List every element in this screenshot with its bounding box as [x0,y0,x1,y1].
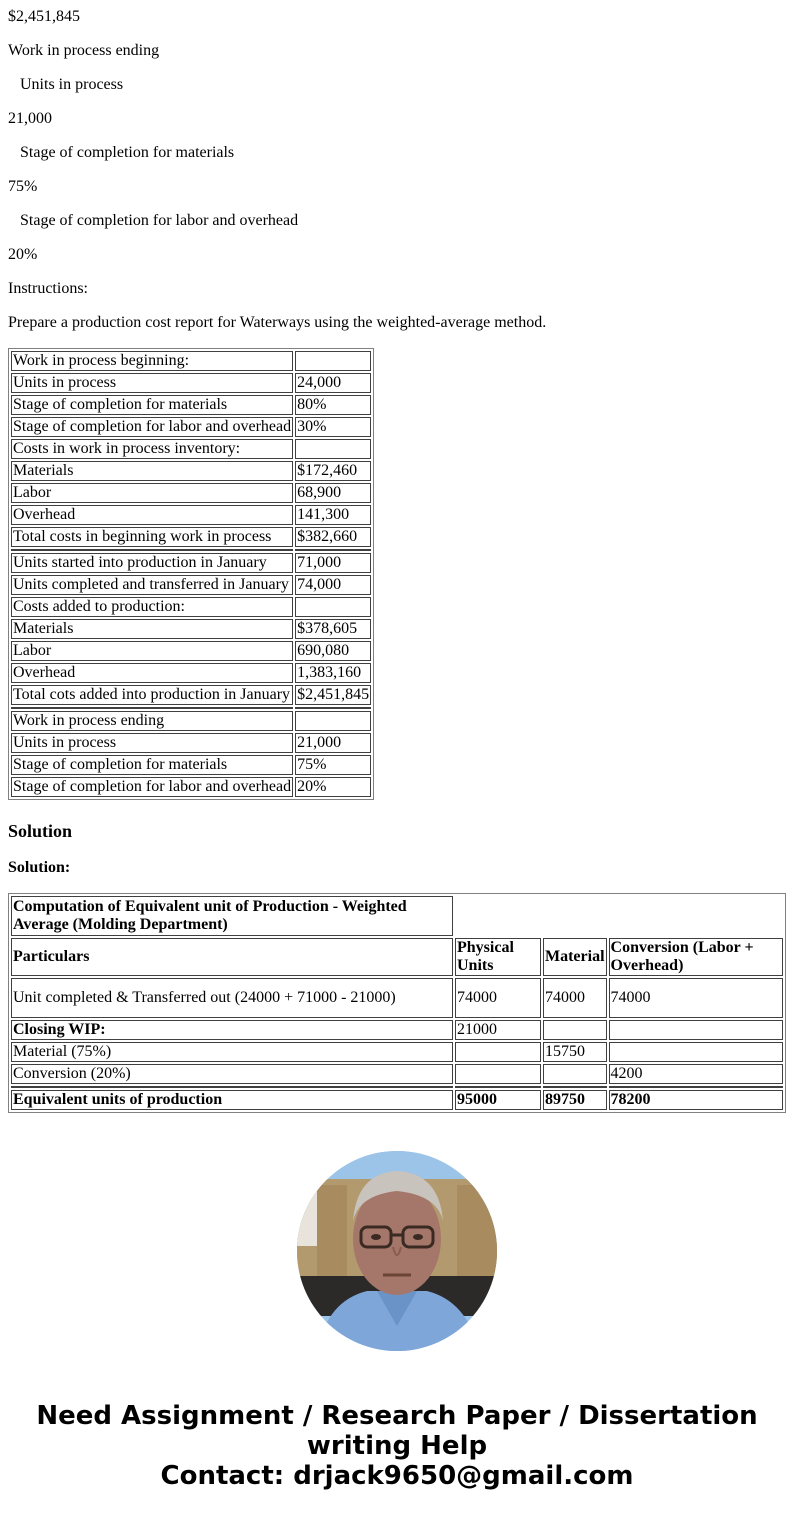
row-label: Stage of completion for labor and overhe… [11,417,293,437]
row-value: 21000 [455,1020,541,1040]
row-label: Units completed and transferred in Janua… [11,575,293,595]
row-value: 68,900 [295,483,371,503]
footer-contact-email: Contact: drjack9650@gmail.com [28,1461,766,1491]
row-value [543,1064,607,1084]
row-value: 21,000 [295,733,371,753]
row-value: 15750 [543,1042,607,1062]
table-row: Units in process24,000 [11,373,371,393]
row-value: 71,000 [295,553,371,573]
question-line: 75% [8,178,786,196]
row-separator [11,1086,783,1088]
avatar [297,1151,497,1351]
row-value: $2,451,845 [295,685,371,705]
question-line: Units in process [8,76,786,94]
row-label: Total cots added into production in Janu… [11,685,293,705]
row-label: Labor [11,483,293,503]
row-value [543,1020,607,1040]
header-material: Material [543,938,607,976]
row-value: 74000 [543,978,607,1018]
table-row: Stage of completion for materials80% [11,395,371,415]
solution-subheading: Solution: [8,858,786,878]
row-label: Stage of completion for materials [11,755,293,775]
solution-table-title: Computation of Equivalent unit of Produc… [11,896,453,936]
row-value: $382,660 [295,527,371,547]
table-row: Stage of completion for labor and overhe… [11,417,371,437]
table-row: Costs in work in process inventory: [11,439,371,459]
row-label: Materials [11,461,293,481]
row-value [455,1042,541,1062]
row-label: Labor [11,641,293,661]
question-line: Prepare a production cost report for Wat… [8,314,786,332]
table-row: Materials$172,460 [11,461,371,481]
table-row: Units in process21,000 [11,733,371,753]
row-label: Total costs in beginning work in process [11,527,293,547]
total-label: Equivalent units of production [11,1090,453,1110]
total-row: Equivalent units of production9500089750… [11,1090,783,1110]
table-row: Closing WIP:21000 [11,1020,783,1040]
header-particulars: Particulars [11,938,453,976]
row-value [295,439,371,459]
row-value: 30% [295,417,371,437]
table-row: Costs added to production: [11,597,371,617]
table-row: Overhead141,300 [11,505,371,525]
avatar-container [8,1151,786,1351]
row-label: Units in process [11,733,293,753]
row-value: 141,300 [295,505,371,525]
row-value: 20% [295,777,371,797]
table-row: Units completed and transferred in Janua… [11,575,371,595]
question-line: 21,000 [8,110,786,128]
row-label: Unit completed & Transferred out (24000 … [11,978,453,1018]
table-row: Stage of completion for labor and overhe… [11,777,371,797]
solution-heading: Solution [8,820,786,842]
question-line: $2,451,845 [8,8,786,26]
row-value: $172,460 [295,461,371,481]
row-value: 1,383,160 [295,663,371,683]
question-line: Stage of completion for materials [8,144,786,162]
row-label: Stage of completion for materials [11,395,293,415]
question-line: Instructions: [8,280,786,298]
row-label: Closing WIP: [11,1020,453,1040]
table-row: Total costs in beginning work in process… [11,527,371,547]
table-row: Work in process beginning: [11,351,371,371]
row-label: Units in process [11,373,293,393]
row-label: Work in process ending [11,711,293,731]
row-value [609,1042,783,1062]
row-separator [11,707,371,709]
row-label: Costs in work in process inventory: [11,439,293,459]
row-label: Stage of completion for labor and overhe… [11,777,293,797]
row-value [295,711,371,731]
data-table: Work in process beginning:Units in proce… [8,348,374,800]
avatar-photo-icon [297,1151,497,1351]
table-row: Labor68,900 [11,483,371,503]
row-separator [11,549,371,551]
table-row: Work in process ending [11,711,371,731]
row-label: Conversion (20%) [11,1064,453,1084]
solution-table: Computation of Equivalent unit of Produc… [8,893,786,1113]
table-row: Units started into production in January… [11,553,371,573]
row-label: Overhead [11,663,293,683]
row-value: 690,080 [295,641,371,661]
total-value: 78200 [609,1090,783,1110]
row-label: Units started into production in January [11,553,293,573]
table-row: Materials$378,605 [11,619,371,639]
footer-help-text: Need Assignment / Research Paper / Disse… [28,1401,766,1461]
row-value [295,351,371,371]
row-label: Work in process beginning: [11,351,293,371]
table-row: Conversion (20%)4200 [11,1064,783,1084]
row-value: $378,605 [295,619,371,639]
row-value [455,1064,541,1084]
row-label: Overhead [11,505,293,525]
total-value: 89750 [543,1090,607,1110]
table-row: Total cots added into production in Janu… [11,685,371,705]
row-label: Materials [11,619,293,639]
total-value: 95000 [455,1090,541,1110]
question-line: 20% [8,246,786,264]
contact-footer: Need Assignment / Research Paper / Disse… [8,1401,786,1491]
row-value: 74000 [609,978,783,1018]
row-value: 74000 [455,978,541,1018]
question-line: Work in process ending [8,42,786,60]
table-row: Overhead1,383,160 [11,663,371,683]
row-value: 75% [295,755,371,775]
question-text: $2,451,845Work in process endingUnits in… [8,8,786,332]
table-row: Unit completed & Transferred out (24000 … [11,978,783,1018]
question-line: Stage of completion for labor and overhe… [8,212,786,230]
row-value [609,1020,783,1040]
row-value: 4200 [609,1064,783,1084]
row-value: 24,000 [295,373,371,393]
row-value [295,597,371,617]
table-row: Labor690,080 [11,641,371,661]
header-conversion: Conversion (Labor + Overhead) [609,938,783,976]
row-value: 74,000 [295,575,371,595]
header-physical-units: Physical Units [455,938,541,976]
table-row: Stage of completion for materials75% [11,755,371,775]
row-label: Material (75%) [11,1042,453,1062]
row-value: 80% [295,395,371,415]
row-label: Costs added to production: [11,597,293,617]
table-row: Material (75%)15750 [11,1042,783,1062]
